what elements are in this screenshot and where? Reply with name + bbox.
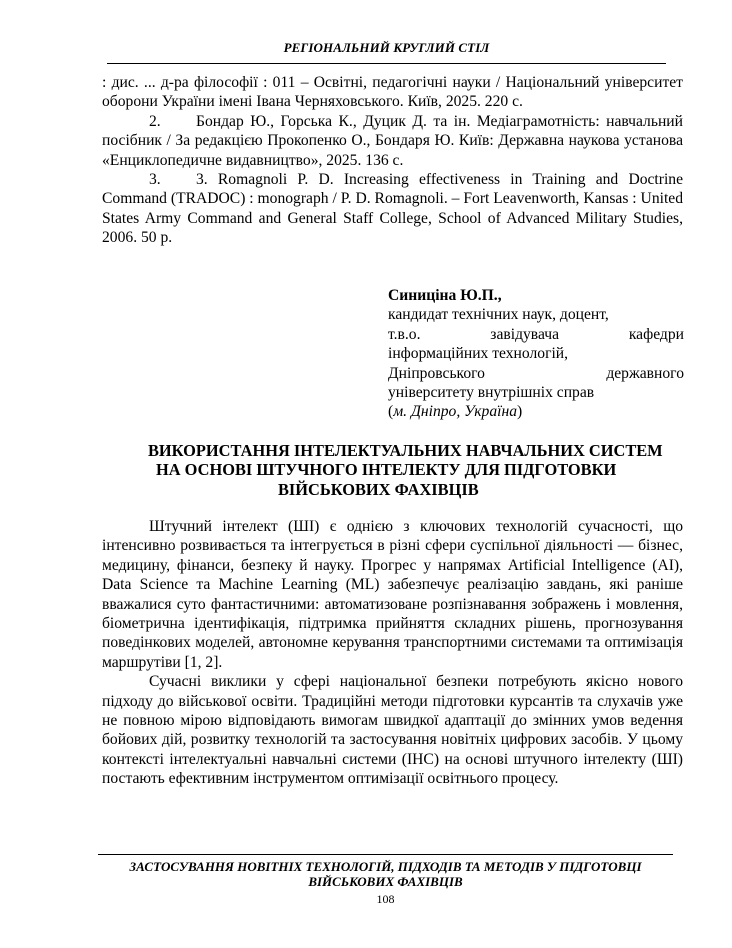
- running-footer-line: ВІЙСЬКОВИХ ФАХІВЦІВ: [98, 874, 673, 889]
- reference-number: 2.: [149, 112, 196, 131]
- running-footer-line: ЗАСТОСУВАННЯ НОВІТНІХ ТЕХНОЛОГІЙ, ПІДХОД…: [98, 859, 673, 874]
- author-degree: кандидат технічних наук, доцент,: [388, 305, 684, 324]
- reference-number: 3.: [149, 170, 196, 189]
- author-organization-word: державного: [606, 364, 684, 383]
- article-title-line: НА ОСНОВІ ШТУЧНОГО ІНТЕЛЕКТУ ДЛЯ ПІДГОТО…: [140, 460, 710, 479]
- running-footer: ЗАСТОСУВАННЯ НОВІТНІХ ТЕХНОЛОГІЙ, ПІДХОД…: [98, 859, 673, 889]
- author-position-line: т.в.о. завідувача кафедри: [388, 325, 684, 344]
- author-city-name: м. Дніпро, Україна: [393, 403, 517, 420]
- reference-item-2: 2.Бондар Ю., Горська К., Дуцик Д. та ін.…: [102, 112, 683, 170]
- article-title-line: ВІЙСЬКОВИХ ФАХІВЦІВ: [140, 480, 710, 499]
- running-header: РЕГІОНАЛЬНИЙ КРУГЛИЙ СТІЛ: [107, 40, 666, 56]
- header-divider: [107, 63, 666, 64]
- author-organization: університету внутрішніх справ: [388, 383, 684, 402]
- author-city: (м. Дніпро, Україна): [388, 402, 684, 421]
- author-department: інформаційних технологій,: [388, 344, 684, 363]
- footer-divider: [98, 854, 673, 855]
- article-title: ВИКОРИСТАННЯ ІНТЕЛЕКТУАЛЬНИХ НАВЧАЛЬНИХ …: [140, 441, 710, 499]
- author-organization-line: Дніпровського державного: [388, 364, 684, 383]
- reference-item-3: 3.3. Romagnoli P. D. Increasing effectiv…: [102, 170, 683, 248]
- author-block: Синиціна Ю.П., кандидат технічних наук, …: [388, 286, 684, 422]
- article-paragraph: Сучасні виклики у сфері національної без…: [102, 672, 683, 788]
- reference-continued: : дис. ... д-ра філософії : 011 – Освітн…: [102, 73, 683, 112]
- author-position-word: кафедри: [629, 325, 684, 344]
- article-paragraph: Штучний інтелект (ШІ) є однією з ключови…: [102, 517, 683, 672]
- page-number: 108: [98, 892, 673, 907]
- reference-list: : дис. ... д-ра філософії : 011 – Освітн…: [102, 73, 683, 248]
- author-organization-word: Дніпровського: [388, 364, 485, 383]
- paren-close: ): [517, 403, 522, 420]
- author-name: Синиціна Ю.П.,: [388, 286, 684, 305]
- article-title-line: ВИКОРИСТАННЯ ІНТЕЛЕКТУАЛЬНИХ НАВЧАЛЬНИХ …: [140, 441, 710, 460]
- author-position-word: завідувача: [490, 325, 559, 344]
- author-position-word: т.в.о.: [388, 325, 421, 344]
- article-body: Штучний інтелект (ШІ) є однією з ключови…: [102, 517, 683, 789]
- document-page: РЕГІОНАЛЬНИЙ КРУГЛИЙ СТІЛ : дис. ... д-р…: [0, 0, 732, 948]
